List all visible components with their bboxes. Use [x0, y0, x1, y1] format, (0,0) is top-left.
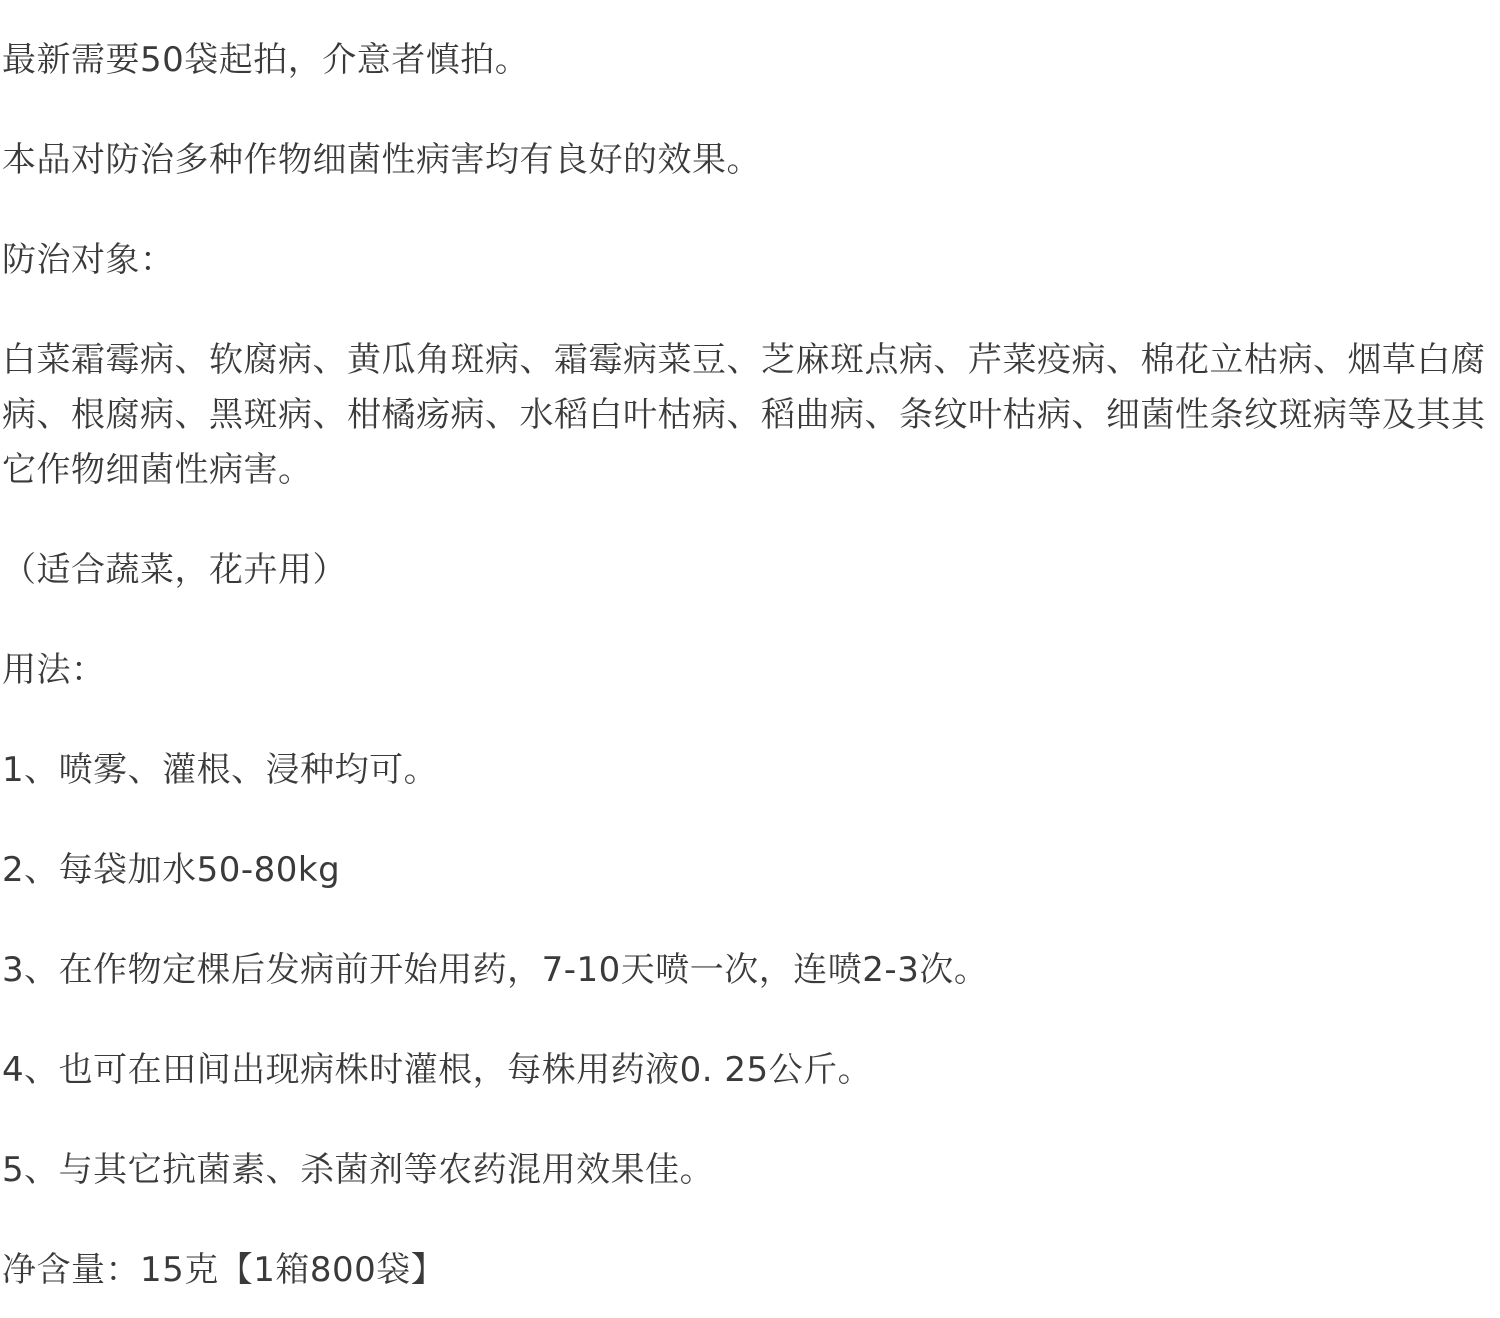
usage-heading: 用法：: [2, 643, 1500, 698]
usage-step-4: 4、也可在田间出现病株时灌根，每株用药液0. 25公斤。: [2, 1043, 1500, 1098]
net-content: 净含量：15克【1箱800袋】: [2, 1243, 1500, 1298]
usage-step-3: 3、在作物定棵后发病前开始用药，7-10天喷一次，连喷2-3次。: [2, 943, 1500, 998]
usage-step-2: 2、每袋加水50-80kg: [2, 843, 1500, 898]
usage-step-1: 1、喷雾、灌根、浸种均可。: [2, 743, 1500, 798]
usage-step-5: 5、与其它抗菌素、杀菌剂等农药混用效果佳。: [2, 1143, 1500, 1198]
disease-target-list: 白菜霜霉病、软腐病、黄瓜角斑病、霜霉病菜豆、芝麻斑点病、芹菜疫病、棉花立枯病、烟…: [2, 333, 1500, 498]
product-description-page: 最新需要50袋起拍，介意者慎拍。 本品对防治多种作物细菌性病害均有良好的效果。 …: [0, 0, 1500, 1318]
product-intro: 本品对防治多种作物细菌性病害均有良好的效果。: [2, 133, 1500, 188]
product-description: 最新需要50袋起拍，介意者慎拍。 本品对防治多种作物细菌性病害均有良好的效果。 …: [2, 33, 1500, 1298]
suitability-note: （适合蔬菜，花卉用）: [2, 543, 1500, 598]
min-order-notice: 最新需要50袋起拍，介意者慎拍。: [2, 33, 1500, 88]
control-target-heading: 防治对象：: [2, 233, 1500, 288]
